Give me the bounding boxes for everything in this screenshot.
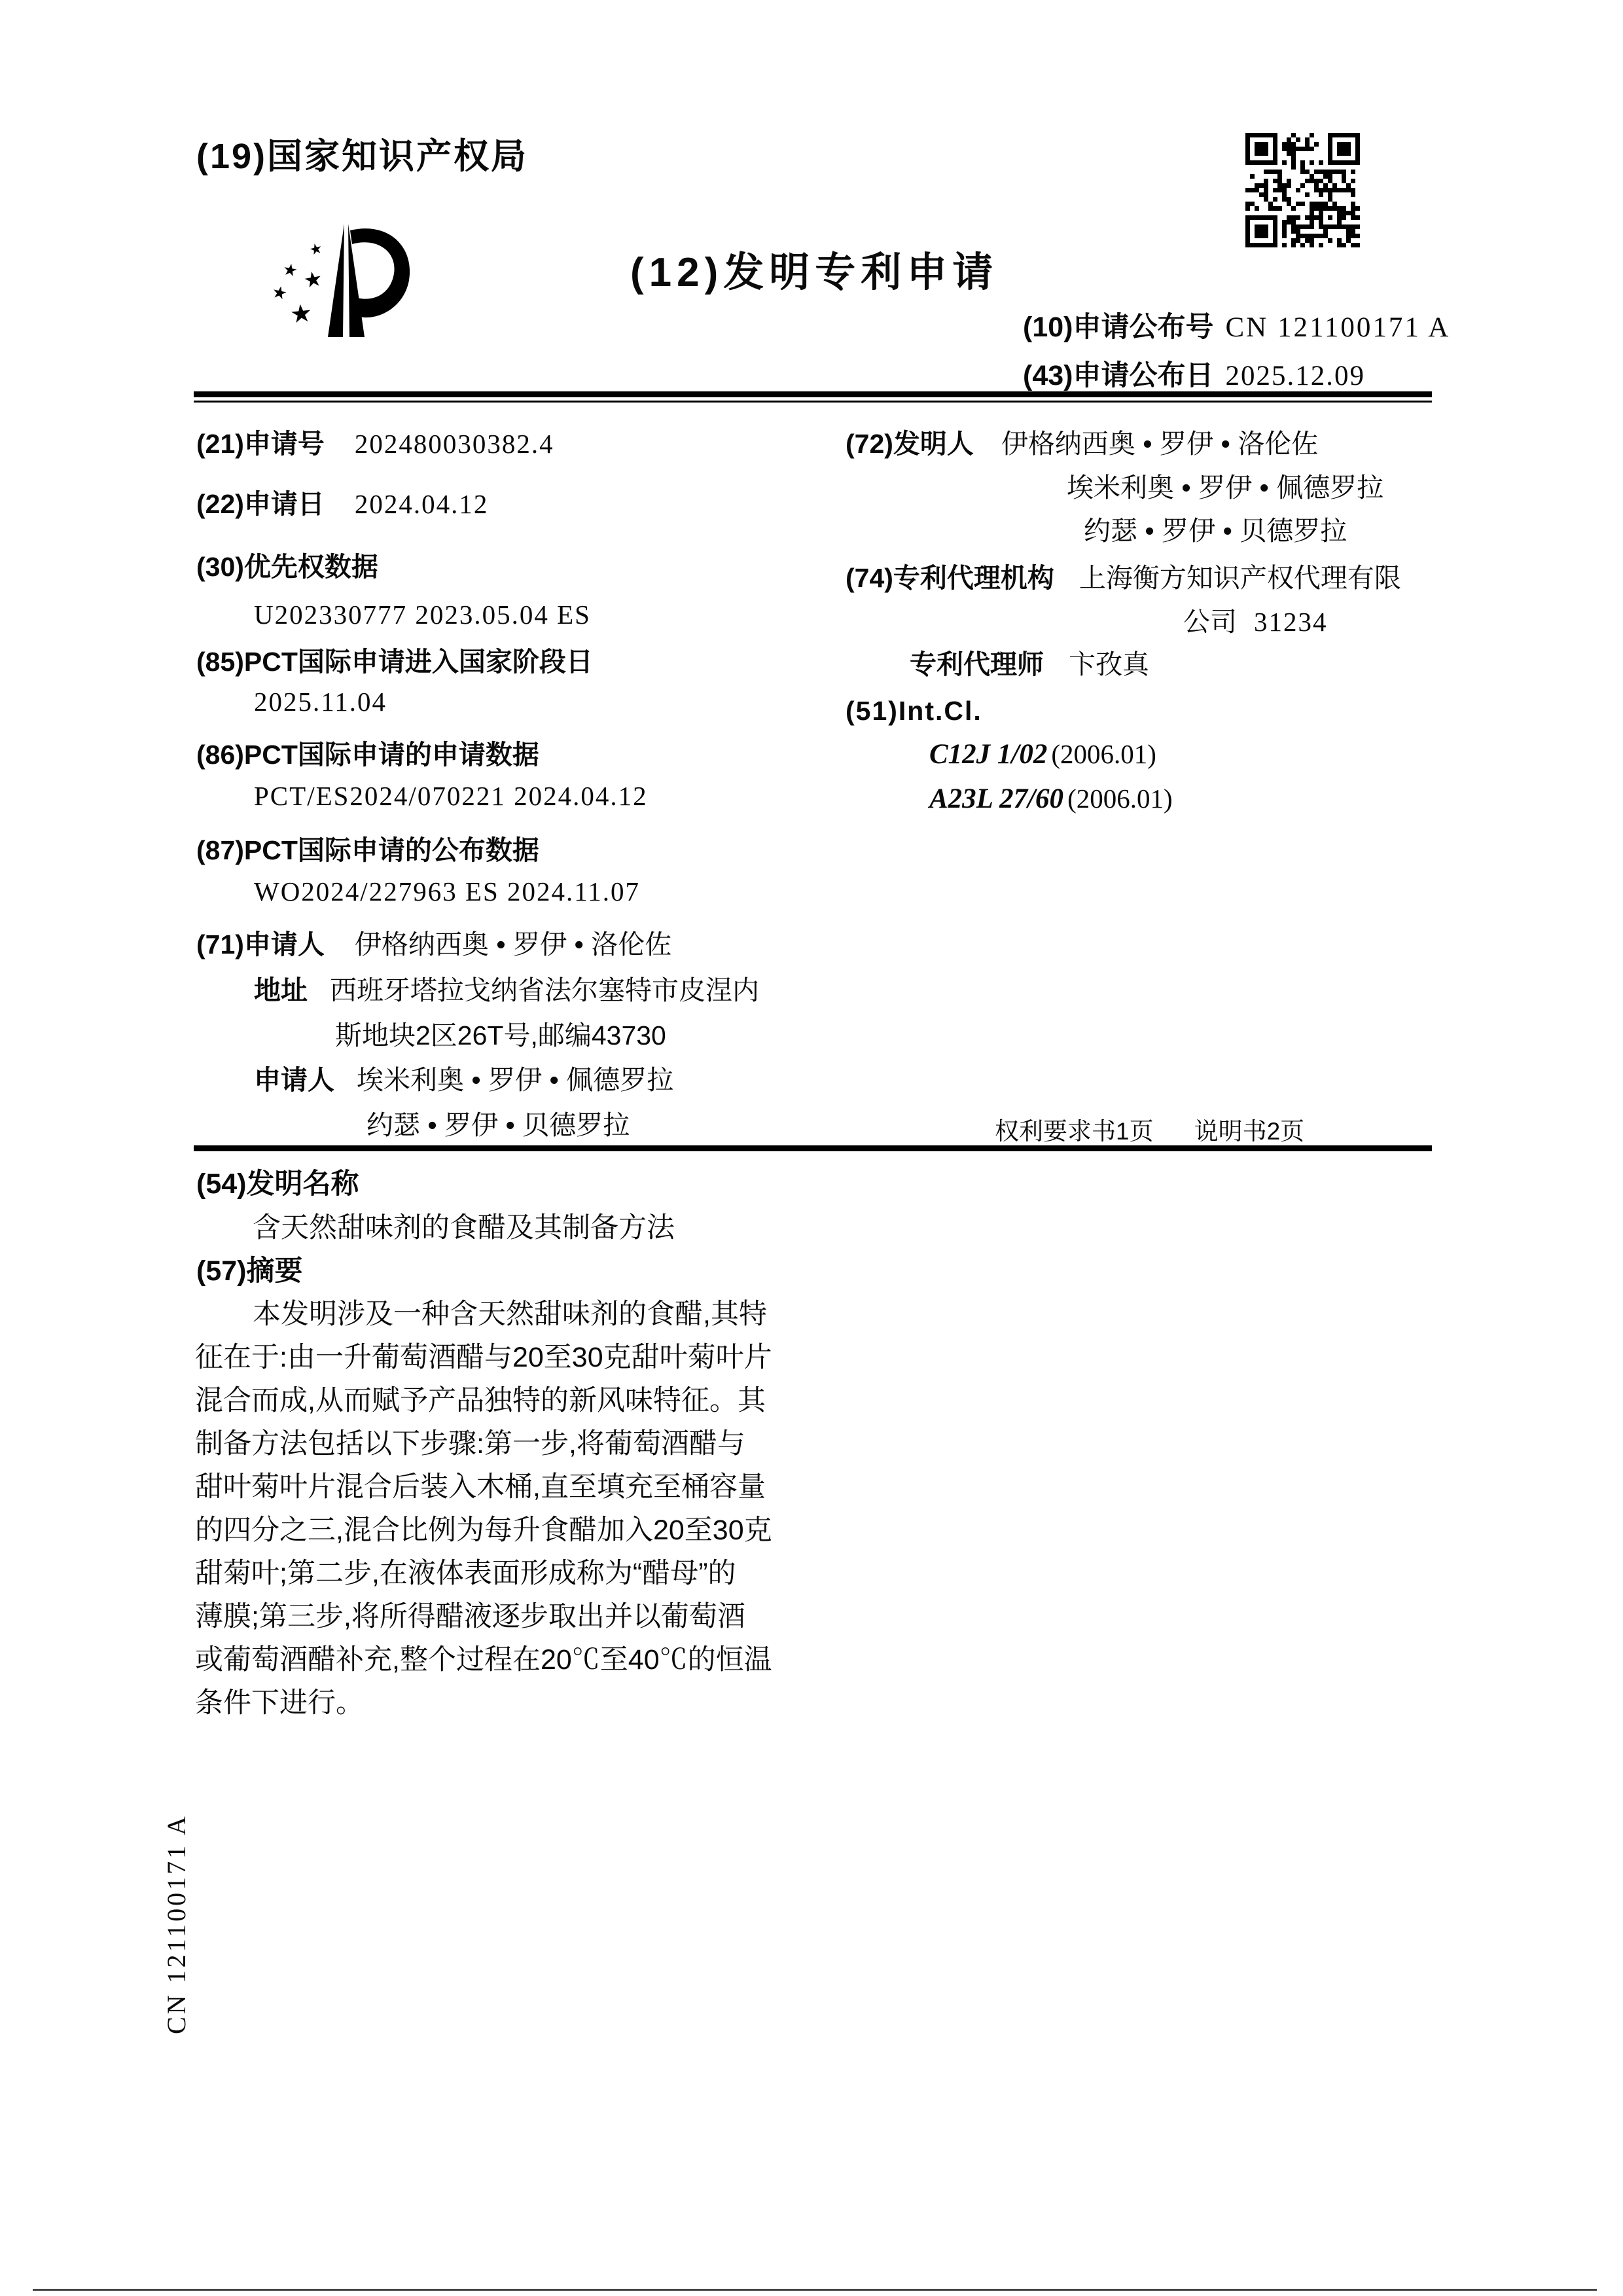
abstract-line: 的四分之三,混合比例为每升食醋加入20至30克 [195,1508,772,1548]
header-rule-thick [194,391,1432,397]
int-cl-label: (51)Int.Cl. [846,696,982,726]
pub-date-row: (43)申请公布日2025.12.09 [1023,353,1365,393]
application-number-row: (21)申请号202480030382.4 [196,422,554,461]
address-label: 地址 [254,975,308,1005]
pct-publication-data-value: WO2024/227963 ES 2024.11.07 [254,876,640,907]
application-number-value: 202480030382.4 [355,429,554,459]
pct-publication-data-label: (87)PCT国际申请的公布数据 [196,829,539,867]
office-name: (19)国家知识产权局 [196,128,528,179]
pub-date-value: 2025.12.09 [1225,361,1365,391]
agency-row: (74)专利代理机构上海衡方知识产权代理有限 [846,556,1401,595]
logo-p-bowl [350,228,410,317]
inventor2-name: 埃米利奥 • 罗伊 • 佩德罗拉 [1067,466,1383,505]
invention-title: 含天然甜味剂的食醋及其制备方法 [253,1206,675,1246]
abstract-line: 条件下进行。 [195,1681,364,1721]
abstract-line: 甜菊叶;第二步,在液体表面形成称为“醋母”的 [195,1551,736,1591]
agency-label: (74)专利代理机构 [846,563,1054,593]
abstract-label: (57)摘要 [196,1249,302,1289]
pub-date-label: (43)申请公布日 [1023,360,1213,391]
side-publication-code: CN 121100171 A [161,1814,192,2034]
doc-type-title: (12)发明专利申请 [630,240,998,298]
agent-label: 专利代理师 [910,649,1044,679]
applicant2-row: 申请人埃米利奥 • 罗伊 • 佩德罗拉 [254,1058,673,1097]
pub-number-value: CN 121100171 A [1225,312,1450,343]
abstract-line: 或葡萄酒醋补充,整个过程在20℃至40℃的恒温 [195,1638,772,1677]
section-rule [194,1145,1432,1151]
patent-front-page: (19)国家知识产权局 ★ ★ ★ ★ ★ (12)发明专利申请 (10)申请公… [0,0,1623,2296]
page-bottom-edge [33,2289,1597,2291]
agent-row: 专利代理师卞孜真 [910,643,1149,681]
logo-star-icon: ★ [289,299,313,329]
agent-name: 卞孜真 [1069,649,1149,679]
address-line1: 西班牙塔拉戈纳省法尔塞特市皮涅内 [330,975,759,1005]
pages-note-claims: 权利要求书1页 [995,1118,1154,1145]
priority-data-value: U202330777 2023.05.04 ES [254,599,591,630]
applicant-row: (71)申请人伊格纳西奥 • 罗伊 • 洛伦佐 [196,923,671,961]
logo-tower-left [328,224,344,337]
abstract-line: 薄膜;第三步,将所得醋液逐步取出并以葡萄酒 [195,1594,745,1634]
pct-application-data-label: (86)PCT国际申请的申请数据 [196,733,539,772]
pub-number-label: (10)申请公布号 [1023,312,1213,343]
agency-name-line2: 公司 [1183,607,1237,637]
abstract-line: 甜叶菊叶片混合后装入木桶,直至填充至桶容量 [195,1465,766,1505]
ipc-class-row: A23L 27/60(2006.01) [929,783,1173,815]
abstract-line: 混合而成,从而赋予产品独特的新风味特征。其 [195,1378,766,1418]
pages-note-description: 说明书2页 [1194,1118,1305,1145]
application-number-label: (21)申请号 [196,429,325,459]
ipc-class-version: (2006.01) [1067,783,1173,814]
ipc-class-code: A23L 27/60 [929,783,1063,814]
application-date-label: (22)申请日 [196,489,325,519]
qr-code [1245,133,1360,247]
logo-star-icon: ★ [302,266,325,293]
applicant1-name: 伊格纳西奥 • 罗伊 • 洛伦佐 [355,929,671,960]
pct-application-data-value: PCT/ES2024/070221 2024.04.12 [254,780,648,812]
ipc-class-code: C12J 1/02 [929,739,1047,770]
abstract-line: 制备方法包括以下步骤:第一步,将葡萄酒醋与 [195,1422,745,1462]
priority-data-label: (30)优先权数据 [196,545,378,584]
inventor1-name: 伊格纳西奥 • 罗伊 • 洛伦佐 [1001,429,1318,459]
application-date-row: (22)申请日2024.04.12 [196,482,488,521]
inventor3-name: 约瑟 • 罗伊 • 贝德罗拉 [1084,509,1347,548]
header-rule-thin [194,401,1432,403]
address-row: 地址西班牙塔拉戈纳省法尔塞特市皮涅内 [254,969,759,1007]
pct-national-entry-value: 2025.11.04 [254,686,387,717]
applicant-label: (71)申请人 [196,929,325,960]
ipc-class-row: C12J 1/02(2006.01) [929,738,1156,770]
applicant2-name: 埃米利奥 • 罗伊 • 佩德罗拉 [357,1065,673,1095]
pct-national-entry-label: (85)PCT国际申请进入国家阶段日 [196,640,593,679]
inventor-label: (72)发明人 [846,429,974,459]
applicant2-label: 申请人 [254,1065,334,1095]
pages-note: 权利要求书1页说明书2页 [995,1111,1304,1147]
agency-name-line1: 上海衡方知识产权代理有限 [1079,563,1401,593]
application-date-value: 2024.04.12 [355,489,489,519]
inventor-row: (72)发明人伊格纳西奥 • 罗伊 • 洛伦佐 [846,422,1318,461]
logo-star-icon: ★ [281,260,299,280]
pub-number-row: (10)申请公布号CN 121100171 A [1023,305,1450,345]
agency-line2: 公司31234 [1183,600,1328,639]
logo-star-icon: ★ [270,281,289,304]
address-line2: 斯地块2区26T号,邮编43730 [335,1014,666,1052]
applicant3-name: 约瑟 • 罗伊 • 贝德罗拉 [366,1103,630,1142]
cnipa-logo: ★ ★ ★ ★ ★ [265,216,425,347]
abstract-line: 征在于:由一升葡萄酒醋与20至30克甜叶菊叶片 [195,1335,772,1375]
agency-code: 31234 [1254,607,1328,637]
abstract-line: 本发明涉及一种含天然甜味剂的食醋,其特 [253,1292,767,1332]
ipc-class-version: (2006.01) [1051,739,1156,769]
invention-title-label: (54)发明名称 [196,1162,359,1202]
logo-star-icon: ★ [308,240,324,259]
